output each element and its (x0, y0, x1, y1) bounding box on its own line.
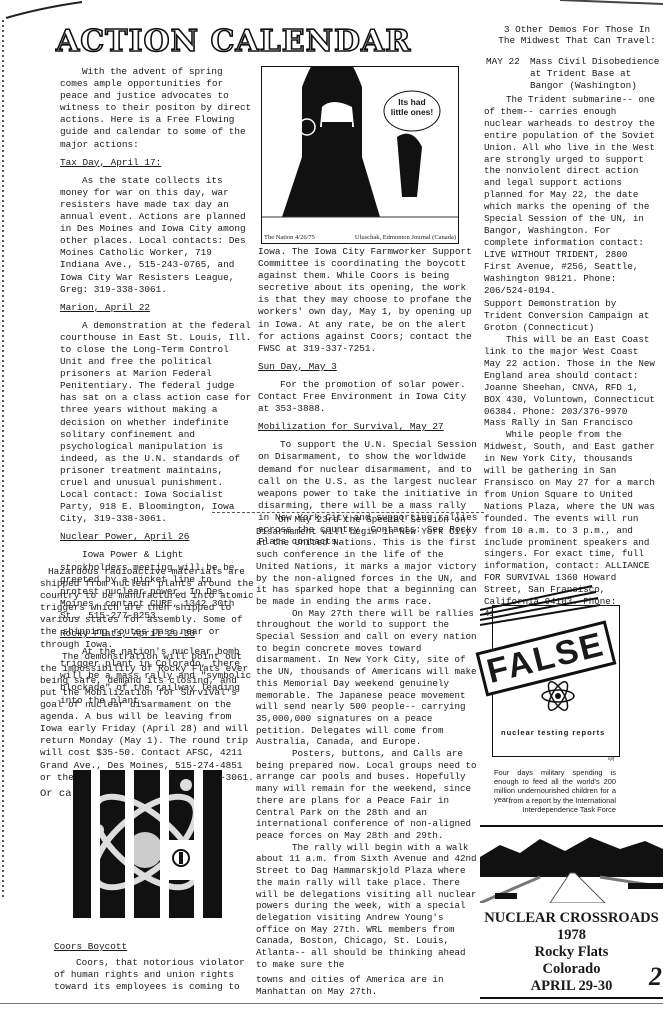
may22-title: Mass Civil Disobedience at Trident Base … (530, 56, 660, 92)
section-body-sun-day: For the promotion of solar power. Contac… (258, 379, 480, 415)
posters-text: Posters, buttons, and Calls are being pr… (256, 748, 482, 842)
column-3-header: 3 Other Demos For Those In The Midwest T… (497, 24, 657, 46)
groton-text: This will be an East Coast link to the m… (484, 334, 660, 417)
crossroads-line1: NUCLEAR CROSSROADS (480, 910, 663, 927)
section-heading-tax-day: Tax Day, April 17: (60, 157, 256, 169)
sf-title: Mass Rally in San Francisco (484, 417, 660, 429)
rocky-flats-body-2: Hazardous radioactive materials are ship… (40, 566, 255, 651)
cartoon-credit-right: Uluschak, Edmonton Journal (Canada) (355, 234, 456, 241)
section-body-marion: A demonstration at the federal courthous… (60, 320, 256, 526)
crossroads-line2: 1978 (480, 927, 663, 944)
groton-title: Support Demonstration by Trident Convers… (484, 298, 660, 334)
bomb-cartoon: Its had little ones! The Nation 4/26/75 … (261, 66, 459, 244)
may27-text: On May 27th there will be rallies throug… (256, 608, 482, 748)
coors-boycott-section: Coors Boycott Coors, that notorious viol… (54, 937, 254, 999)
section-heading-nuclear-power: Nuclear Power, April 26 (60, 531, 256, 543)
section-heading-coors: Coors Boycott (54, 941, 254, 953)
false-label: nuclear testing reports (501, 728, 605, 737)
trident-text: The Trident submarine-- one of them-- ca… (484, 94, 660, 296)
section-body-tax-day: As the state collects its money for war … (60, 175, 256, 296)
coors-continued: Iowa. The Iowa City Farmworker Support C… (258, 246, 480, 355)
section-heading-mobilization: Mobilization for Survival, May 27 (258, 421, 480, 433)
page-number: 2 (649, 962, 662, 992)
landscape-road-illustration (480, 827, 663, 903)
crossroads-text: NUCLEAR CROSSROADS 1978 Rocky Flats Colo… (480, 910, 663, 995)
rocky-flats-body-3: The demonstration will point out the imp… (40, 651, 255, 784)
quote-source: from a report by the International Inter… (494, 796, 616, 814)
crossroads-line5: APRIL 29-30 (480, 978, 663, 995)
left-margin-edge (2, 20, 4, 900)
may23-text: On May 23rd the Special Session on Disar… (256, 514, 482, 608)
crossroads-line3: Rocky Flats (480, 944, 663, 961)
section-heading-sun-day: Sun Day, May 3 (258, 361, 480, 373)
poster-bottom-rule (480, 997, 663, 999)
closing-text: towns and cities of America are in Manha… (256, 974, 482, 997)
page-title: ACTION CALENDAR (56, 24, 411, 59)
section-heading-marion: Marion, April 22 (60, 302, 256, 314)
intro-text: With the advent of spring comes ample op… (60, 66, 256, 151)
cartoon-speech: Its had little ones! (390, 97, 434, 117)
nuclear-crossroads-poster: NUCLEAR CROSSROADS 1978 Rocky Flats Colo… (480, 825, 663, 1002)
bomb-skull-illustration (262, 67, 458, 225)
bottom-rule (0, 1003, 663, 1004)
atom-behind-bars-illustration (73, 770, 222, 918)
binder-rings (480, 570, 620, 630)
rally-text: The rally will begin with a walk about 1… (256, 842, 482, 971)
cartoon-credit-left: The Nation 4/26/75 (264, 234, 315, 241)
section-body-coors: Coors, that notorious violator of human … (54, 957, 254, 993)
column-3: The Trident submarine-- one of them-- ca… (484, 94, 660, 620)
false-credit: npf (608, 757, 614, 762)
column-2-lower: On May 23rd the Special Session on Disar… (256, 514, 482, 1004)
may22-date: MAY 22 (486, 56, 520, 68)
section-divider (212, 512, 484, 513)
column-2: Iowa. The Iowa City Farmworker Support C… (258, 246, 480, 554)
atom-icon (539, 678, 577, 714)
crossroads-line4: Colorado (480, 961, 663, 978)
